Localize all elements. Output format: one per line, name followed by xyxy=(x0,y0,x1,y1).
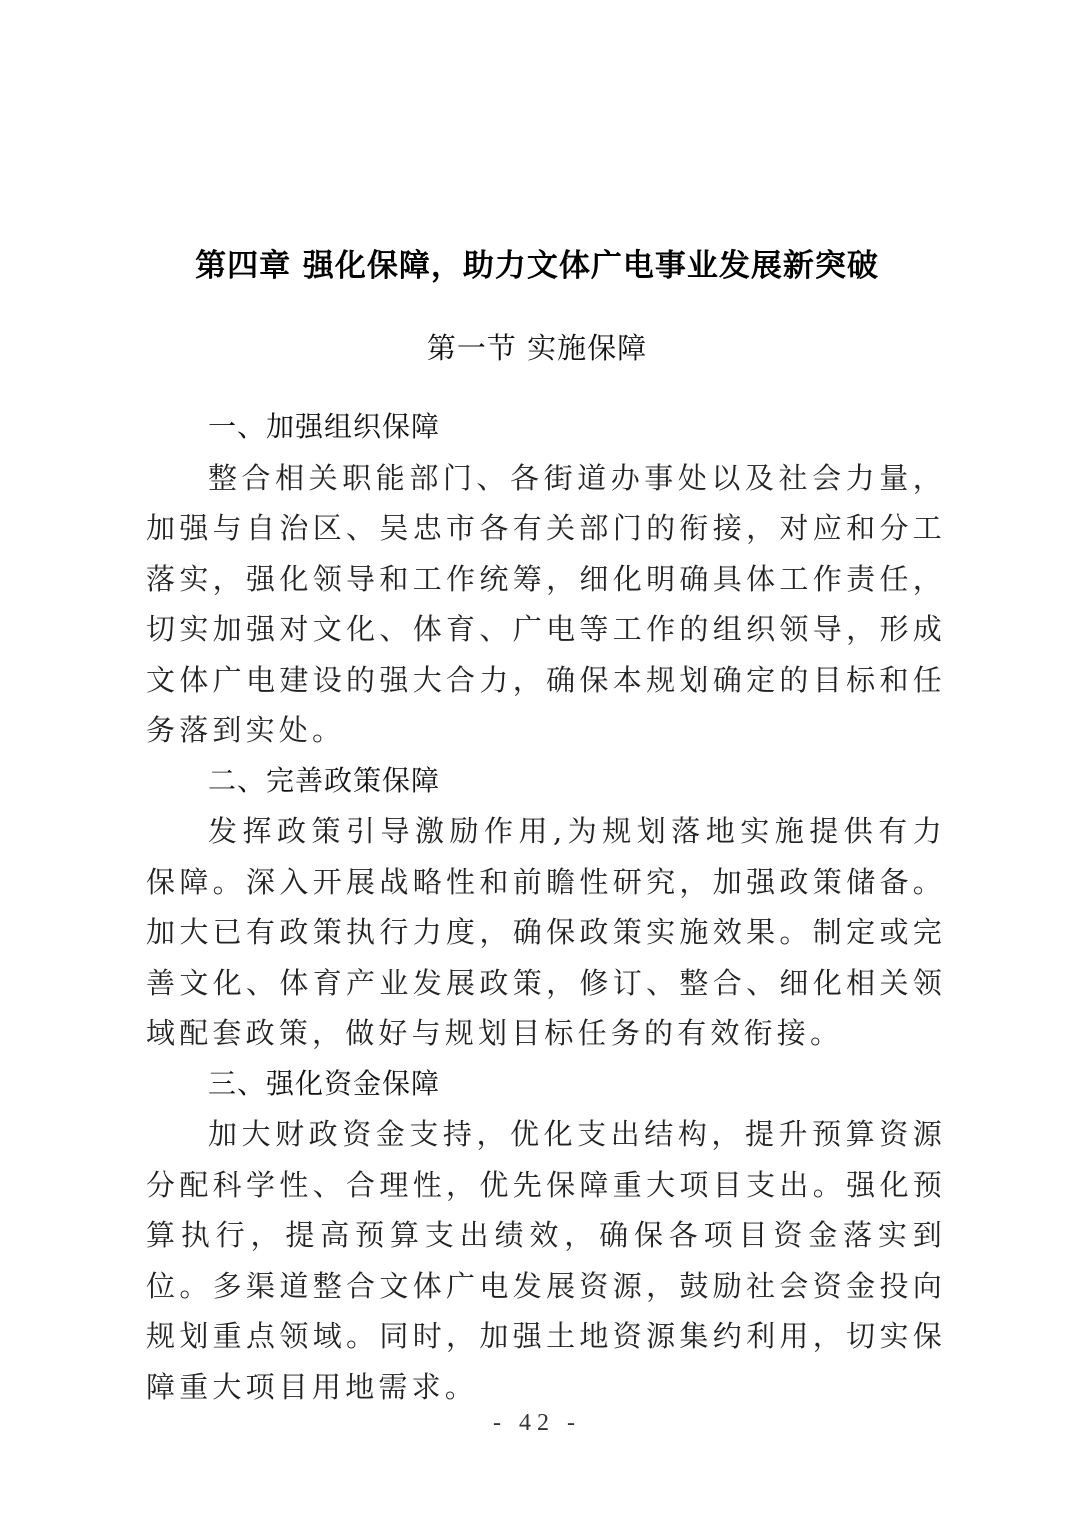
chapter-title: 第四章 强化保障，助力文体广电事业发展新突破 xyxy=(0,240,1074,285)
section-title: 第一节 实施保障 xyxy=(0,326,1074,367)
subsection-heading-organization: 一、加强组织保障 xyxy=(146,402,946,453)
page-number: - 42 - xyxy=(0,1410,1074,1437)
subsection-heading-policy: 二、完善政策保障 xyxy=(146,756,946,807)
paragraph-organization: 整合相关职能部门、各街道办事处以及社会力量，加强与自治区、吴忠市各有关部门的衔接… xyxy=(146,453,946,756)
document-body: 一、加强组织保障 整合相关职能部门、各街道办事处以及社会力量，加强与自治区、吴忠… xyxy=(146,402,946,1412)
paragraph-policy: 发挥政策引导激励作用,为规划落地实施提供有力保障。深入开展战略性和前瞻性研究，加… xyxy=(146,806,946,1059)
subsection-heading-funding: 三、强化资金保障 xyxy=(146,1059,946,1110)
document-page: 第四章 强化保障，助力文体广电事业发展新突破 第一节 实施保障 一、加强组织保障… xyxy=(0,0,1074,1520)
paragraph-funding: 加大财政资金支持，优化支出结构，提升预算资源分配科学性、合理性，优先保障重大项目… xyxy=(146,1109,946,1412)
